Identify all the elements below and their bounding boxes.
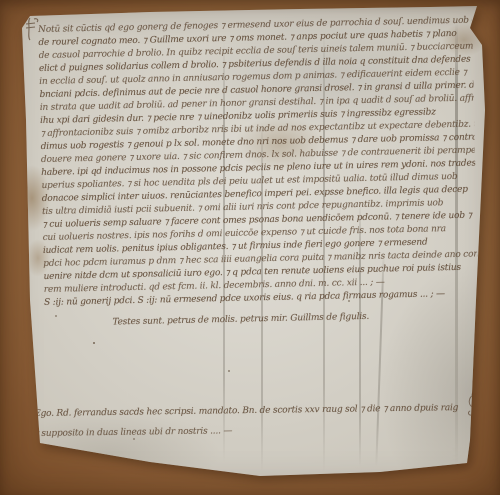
manuscript-text-block: Notū sit cūctis qd ego gonerg de fenoges… [38,15,479,331]
witness-line: Testes sunt. petrus de molis. petrus mir… [112,308,478,329]
notary-subscription-block: Ego. Rd. ferrandus sacds hec scripsi. ma… [34,395,483,440]
notary-line-1-left: Ego. Rd. ferrandus sacds hec scripsi. ma… [34,402,458,420]
photo-background: Notū sit cūctis qd ego gonerg de fenoges… [0,0,500,495]
parchment-sheet: Notū sit cūctis qd ego gonerg de fenoges… [18,2,488,480]
notary-line-1-right: signo meo clausi. [486,401,500,414]
ink-specks [93,342,95,344]
notarial-sign-icon [462,389,482,421]
